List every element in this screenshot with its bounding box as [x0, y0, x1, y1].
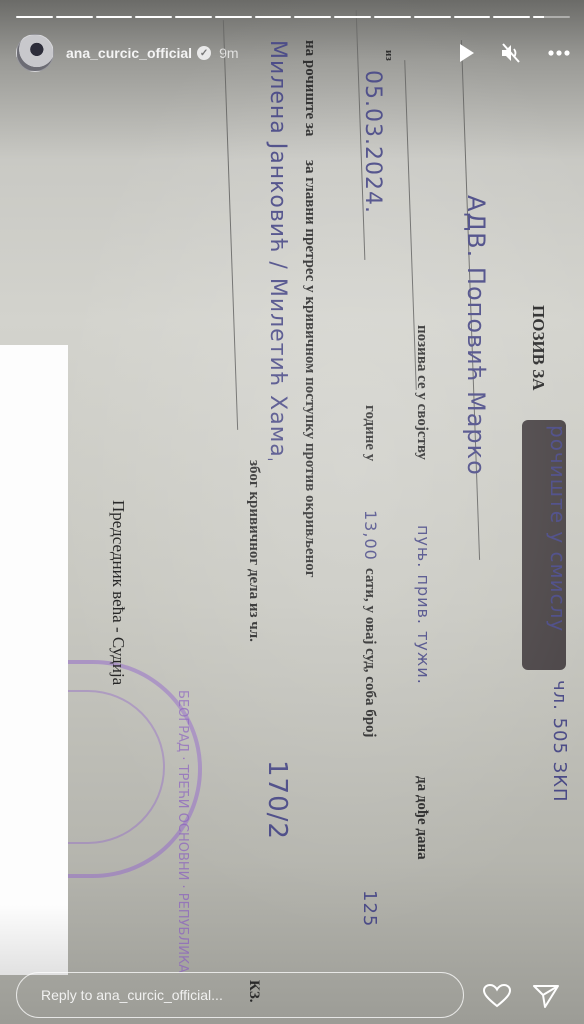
verified-badge-icon: ✓ — [197, 46, 211, 60]
progress-segment — [215, 16, 252, 18]
handwritten-subject: рочиште у смислу — [546, 425, 570, 632]
handwritten-time: 13,00 — [361, 510, 380, 561]
progress-segment — [334, 16, 371, 18]
handwritten-date: 05.03.2024. — [360, 70, 385, 214]
text-glavni-pretres: за главни претрес у кривичном поступку п… — [301, 160, 318, 578]
text-godine: године у — [361, 405, 378, 461]
progress-segment — [533, 16, 570, 18]
handwritten-law-article: 170/2 — [262, 760, 292, 840]
handwritten-accused: Милена Јанковић / Милетић Хамадаговић — [265, 40, 290, 460]
progress-segment — [255, 16, 292, 18]
handwritten-role: пуњ. прив. тужи. — [414, 525, 433, 685]
progress-segment — [493, 16, 530, 18]
heart-icon[interactable] — [483, 984, 511, 1013]
underline-rule — [223, 20, 238, 430]
progress-segment — [175, 16, 212, 18]
story-photo[interactable]: ПОЗИВ ЗА рочиште у смислу чл. 505 ЗКП АД… — [0, 0, 584, 1024]
progress-segment — [414, 16, 451, 18]
reply-input[interactable]: Reply to ana_curcic_official... — [16, 972, 464, 1018]
text-sati: сати, у овај суд, соба број — [361, 568, 378, 738]
more-horizontal-icon[interactable] — [548, 50, 570, 56]
reply-placeholder: Reply to ana_curcic_official... — [41, 987, 223, 1003]
username[interactable]: ana_curcic_official — [66, 45, 192, 61]
progress-segment — [294, 16, 331, 18]
text-zbog: због кривичног дела из чл. — [245, 460, 262, 642]
text-poziva: позива се у својству — [413, 325, 430, 460]
text-da-dodje: да дође дана — [413, 776, 430, 860]
play-icon[interactable] — [460, 44, 474, 62]
handwritten-name: АДВ. Поповић Марко — [462, 195, 490, 476]
progress-segment — [96, 16, 133, 18]
progress-segment — [135, 16, 172, 18]
progress-segment — [16, 16, 53, 18]
handwritten-room: 125 — [359, 890, 380, 927]
send-icon[interactable] — [533, 984, 559, 1013]
timestamp: 9m — [219, 45, 238, 61]
story-header: ana_curcic_official ✓ 9m — [16, 34, 570, 72]
court-stamp-text: БЕОГРАД · ТРЕЋИ ОСНОВНИ · РЕПУБЛИКА — [175, 690, 190, 973]
story-progress-bar — [16, 16, 570, 19]
progress-segment — [56, 16, 93, 18]
redaction-white-box — [0, 345, 68, 975]
document-title: ПОЗИВ ЗА — [528, 305, 548, 390]
progress-segment — [454, 16, 491, 18]
speaker-muted-icon[interactable] — [500, 43, 522, 63]
handwritten-article: чл. 505 ЗКП — [549, 680, 570, 803]
progress-segment — [374, 16, 411, 18]
avatar[interactable] — [16, 34, 54, 72]
signature-label: Председник већа - Судија — [108, 500, 128, 685]
